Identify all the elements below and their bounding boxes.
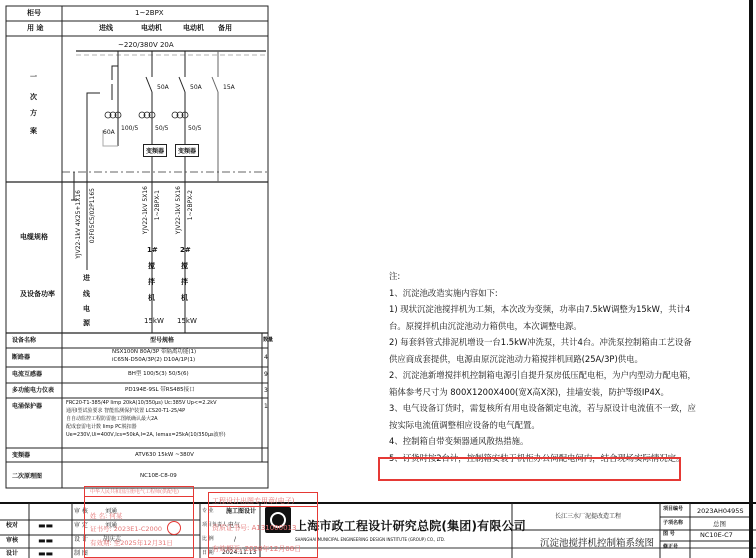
eq-row-4-spec-4: 配成套雷电计数 Iimp PC脱扣器 [66, 425, 137, 430]
note-line: 1、沉淀池改造实施内容如下: [389, 285, 689, 302]
highlight-box [378, 457, 681, 481]
label-power: 及设备功率 [20, 291, 55, 298]
eq-row-5-spec: ATV630 15kW ~380V [135, 453, 194, 459]
eq-row-3-spec: PD194E-9SL 带RS485接口 [125, 388, 195, 394]
ct-ratio-1: 100/5 [121, 126, 138, 132]
ct-ratio-3: 50/5 [188, 126, 201, 132]
notes-block: 注: 1、沉淀池改造实施内容如下: 1) 现状沉淀池搅拌机为工频，本次改为变频，… [389, 268, 689, 466]
motor-1-ch3: 机 [148, 295, 155, 302]
breaker-3: 15A [223, 85, 235, 91]
ct-ratio-2: 50/5 [155, 126, 168, 132]
label-cabinet-no: 柜号 [27, 10, 41, 17]
vfd-box-1: 变频器 [143, 144, 167, 157]
project-name: 长江三水厂泥提改造工程 [555, 514, 621, 520]
design-stamp-divider [208, 506, 318, 507]
note-line: 箱体参考尺寸为 800X1200X400(宽X高X深)，挂墙安装，防护等级IP4… [389, 384, 689, 401]
scheme-label-2: 次 [30, 94, 37, 101]
rev-label: 修正号 [663, 545, 678, 550]
motor-2-no: 2# [180, 247, 191, 254]
eq-header-qty: 数量 [263, 338, 273, 343]
incoming-cable: YJV22-1kV 4X25+1X16 [76, 190, 82, 259]
motor-1-ch2: 拌 [148, 279, 155, 286]
use-spare: 备用 [218, 25, 232, 32]
drawing-no-label: 图 号 [663, 532, 675, 537]
drawing-no-value: NC10E-C7 [700, 532, 733, 539]
role-2: 审核 [6, 538, 18, 544]
motor-1-no: 1# [147, 247, 158, 254]
note-line: 3、电气设备订货时，需复核所有用电设备额定电流，若与原设计电流值不一致，应 [389, 400, 689, 417]
eq-row-2-name: 电流互感器 [12, 372, 42, 378]
breaker-2: 50A [190, 85, 202, 91]
eq-row-1-spec-1: NSX100N 80A/3P 带隔离功能(1) [112, 350, 196, 356]
eq-row-1-name: 断路器 [12, 355, 30, 361]
drawing-title: 沉淀池搅拌机控制箱系统图 [540, 539, 654, 549]
motor-2-ch3: 机 [181, 295, 188, 302]
eq-row-4-spec-3: 自自动监控工程防雷施工图纸确认最大2A [66, 417, 158, 422]
motor-id-2: 1~2BPX-2 [188, 190, 194, 220]
breaker-1: 50A [157, 85, 169, 91]
incoming-desc-2: 线 [83, 291, 90, 298]
notes-title: 注: [389, 268, 689, 285]
eq-row-4-spec-2: 通用I型试验要求 智能监测保护装置 LCS20-T1-25/4P [66, 409, 185, 414]
signature-2: ▬▬ [38, 537, 53, 545]
use-motor-2: 电动机 [183, 25, 204, 32]
use-motor-1: 电动机 [141, 25, 162, 32]
stamp-left-cert: 证书号: 2023E1-C2000 [90, 524, 162, 533]
motor-1-ch1: 搅 [148, 263, 155, 270]
use-incoming: 进线 [99, 25, 113, 32]
eq-header-spec: 型号规格 [150, 338, 174, 344]
note-line: 4、控制箱自带变频器通风散热措施。 [389, 433, 689, 450]
project-no-value: 2023AH0495S [697, 508, 744, 515]
incoming-breaker: 60A [103, 130, 115, 136]
scheme-label-4: 案 [30, 128, 37, 135]
label-cable: 电缆规格 [20, 234, 48, 241]
eq-row-6-name: 二次原理图 [12, 474, 42, 480]
eq-row-1-spec-2: iC65N-D50A/3P(2) D10A/1P(1) [112, 358, 195, 364]
eq-row-1-qty: 4 [264, 355, 268, 361]
incoming-desc-4: 源 [83, 320, 90, 327]
role-1: 校对 [6, 523, 18, 529]
stamp-right-header: 工程设计出图专用章(电子) [212, 496, 294, 506]
label-use: 用 途 [27, 25, 43, 32]
incoming-desc-1: 进 [83, 275, 90, 282]
eq-row-4-spec-1: FRC20-T1-385/4P Iimp 20kA(10/350μs) Uc:3… [66, 401, 217, 406]
item-label: 子项名称 [663, 521, 683, 526]
signature-1: ▬▬ [38, 522, 53, 530]
eq-row-4-spec-5: Ue=230V,Ui=400V,Ics=50kA,I=2A, Iemax=25k… [66, 433, 226, 438]
drawing-frame-border [749, 0, 753, 558]
vfd-box-2: 变频器 [175, 144, 199, 157]
eq-row-2-spec: BH型 100/5(3) 50/5(6) [128, 372, 189, 378]
stamp-left-name: 姓 名: 何某 [90, 511, 122, 520]
company-name-cn: 上海市政工程设计研究总院(集团)有限公司 [295, 520, 526, 532]
eq-row-4-name: 电涌保护器 [12, 404, 42, 410]
stamp-left-header: 中华人民共和国注册电气工程师(供配电) [90, 488, 179, 495]
incoming-desc-3: 电 [83, 306, 90, 313]
bus-label: ~220/380V 20A [118, 42, 174, 49]
eq-row-3-name: 多功能电力仪表 [12, 388, 54, 394]
motor-cable-2: YJV22-1kV 5X16 [176, 186, 182, 234]
item-value: 总图 [713, 521, 726, 528]
eq-row-5-name: 变频器 [12, 453, 30, 459]
note-line: 2) 每套斜管式排泥机增设一台1.5kW冲洗泵，共计4台。冲洗泵控制箱由工艺设备 [389, 334, 689, 351]
scheme-label-3: 方 [30, 110, 37, 117]
stamp-right-valid: 有效期至: 2028年12月08日 [212, 544, 301, 554]
motor-2-ch1: 搅 [181, 263, 188, 270]
note-line: 按实际电流值调整相应设备的电气配置。 [389, 417, 689, 434]
note-line: 供应商成套提供，电源由原沉淀池动力箱搅拌机回路(25A/3P)供电。 [389, 351, 689, 368]
motor-2-power: 15kW [177, 318, 197, 325]
eq-row-4-qty: 1 [264, 404, 268, 410]
motor-id-1: 1~2BPX-1 [155, 190, 161, 220]
note-line: 2、沉淀池新增搅拌机控制箱电源引自提升泵房低压配电柜，为户内型动力配电箱， [389, 367, 689, 384]
motor-cable-1: YJV22-1kV 5X16 [143, 186, 149, 234]
motor-2-ch2: 拌 [181, 279, 188, 286]
role-3: 设计 [6, 551, 18, 557]
scheme-label-1: 一 [30, 74, 37, 81]
note-line: 1) 现状沉淀池搅拌机为工频，本次改为变频，功率由7.5kW调整为15kW，共计… [389, 301, 689, 318]
cabinet-no-value: 1~2BPX [135, 10, 164, 17]
eq-row-3-qty: 3 [264, 388, 268, 394]
project-no-label: 项目编号 [663, 507, 683, 512]
motor-1-power: 15kW [144, 318, 164, 325]
note-line: 台。原搅拌机由沉淀池动力箱供电，本次调整电源。 [389, 318, 689, 335]
eq-header-name: 设备名称 [12, 338, 36, 344]
eq-row-2-qty: 9 [264, 372, 268, 378]
stamp-right-cert: 资质证书号: A131000013 [212, 523, 296, 533]
stamp-left-valid: 有效期: 至2025年12月31日 [90, 538, 173, 547]
signature-3: ▬▬ [38, 550, 53, 558]
eq-row-6-spec: NC10E-C8-09 [140, 474, 177, 480]
incoming-conduit: 02F05C5/02P1165 [90, 188, 96, 243]
engineer-stamp-divider [84, 496, 194, 497]
stamp-seal-icon [167, 521, 181, 535]
